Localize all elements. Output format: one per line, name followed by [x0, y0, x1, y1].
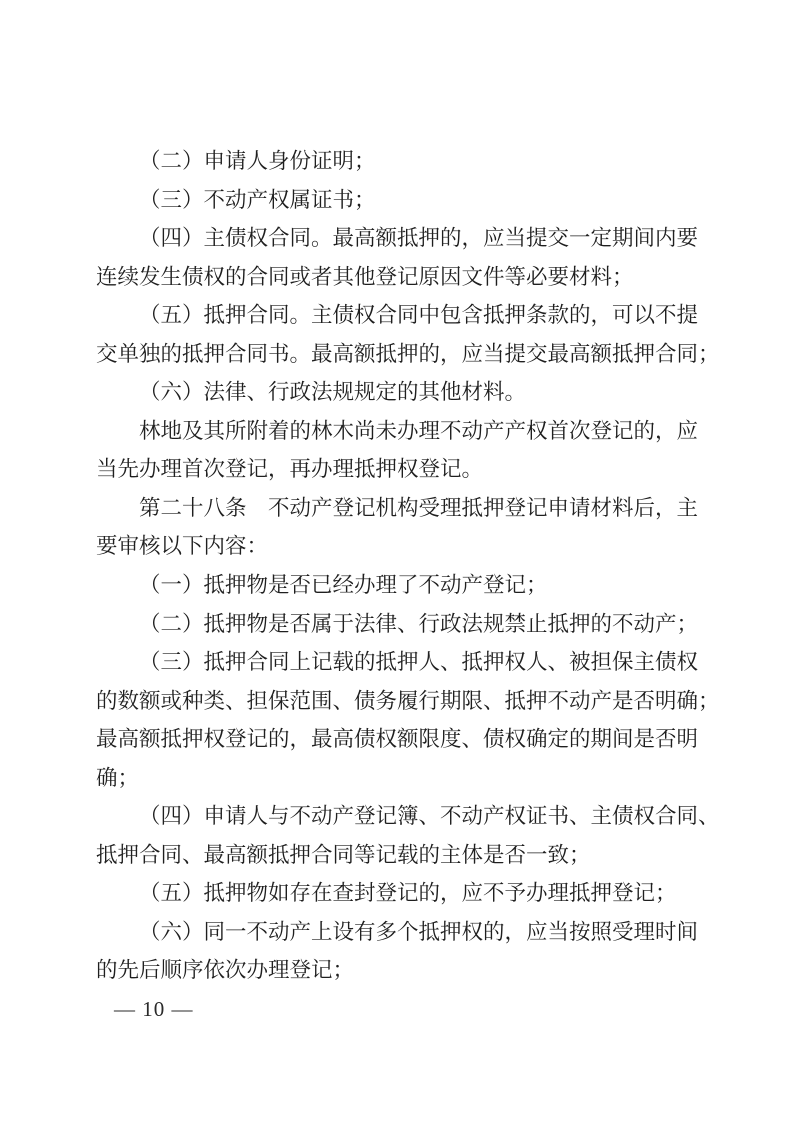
document-line: （四）主债权合同。最高额抵押的，应当提交一定期间内要 — [96, 219, 696, 258]
document-line: （一）抵押物是否已经办理了不动产登记； — [96, 566, 696, 605]
document-line: （三）抵押合同上记载的抵押人、抵押权人、被担保主债权 — [96, 643, 696, 682]
document-body: （二）申请人身份证明；（三）不动产权属证书；（四）主债权合同。最高额抵押的，应当… — [96, 142, 696, 990]
document-line: 的先后顺序依次办理登记； — [96, 951, 696, 990]
document-line: 连续发生债权的合同或者其他登记原因文件等必要材料； — [96, 258, 696, 297]
document-line: （六）法律、行政法规规定的其他材料。 — [96, 373, 696, 412]
document-line: 当先办理首次登记，再办理抵押权登记。 — [96, 450, 696, 489]
document-line: 交单独的抵押合同书。最高额抵押的，应当提交最高额抵押合同； — [96, 335, 696, 374]
document-line: 要审核以下内容： — [96, 527, 696, 566]
document-line: （二）申请人身份证明； — [96, 142, 696, 181]
document-line: （三）不动产权属证书； — [96, 181, 696, 220]
page-number: — 10 — — [114, 996, 194, 1022]
document-line: 的数额或种类、担保范围、债务履行期限、抵押不动产是否明确； — [96, 682, 696, 721]
document-line: （五）抵押合同。主债权合同中包含抵押条款的，可以不提 — [96, 296, 696, 335]
document-line: （五）抵押物如存在查封登记的，应不予办理抵押登记； — [96, 874, 696, 913]
document-page: （二）申请人身份证明；（三）不动产权属证书；（四）主债权合同。最高额抵押的，应当… — [0, 0, 793, 1122]
document-line: 确； — [96, 759, 696, 798]
document-line: （六）同一不动产上设有多个抵押权的，应当按照受理时间 — [96, 913, 696, 952]
document-line: （二）抵押物是否属于法律、行政法规禁止抵押的不动产； — [96, 605, 696, 644]
document-line: 最高额抵押权登记的，最高债权额限度、债权确定的期间是否明 — [96, 720, 696, 759]
document-line: 抵押合同、最高额抵押合同等记载的主体是否一致； — [96, 836, 696, 875]
document-line: 林地及其所附着的林木尚未办理不动产产权首次登记的，应 — [96, 412, 696, 451]
document-line: （四）申请人与不动产登记簿、不动产权证书、主债权合同、 — [96, 797, 696, 836]
document-line: 第二十八条 不动产登记机构受理抵押登记申请材料后，主 — [96, 489, 696, 528]
